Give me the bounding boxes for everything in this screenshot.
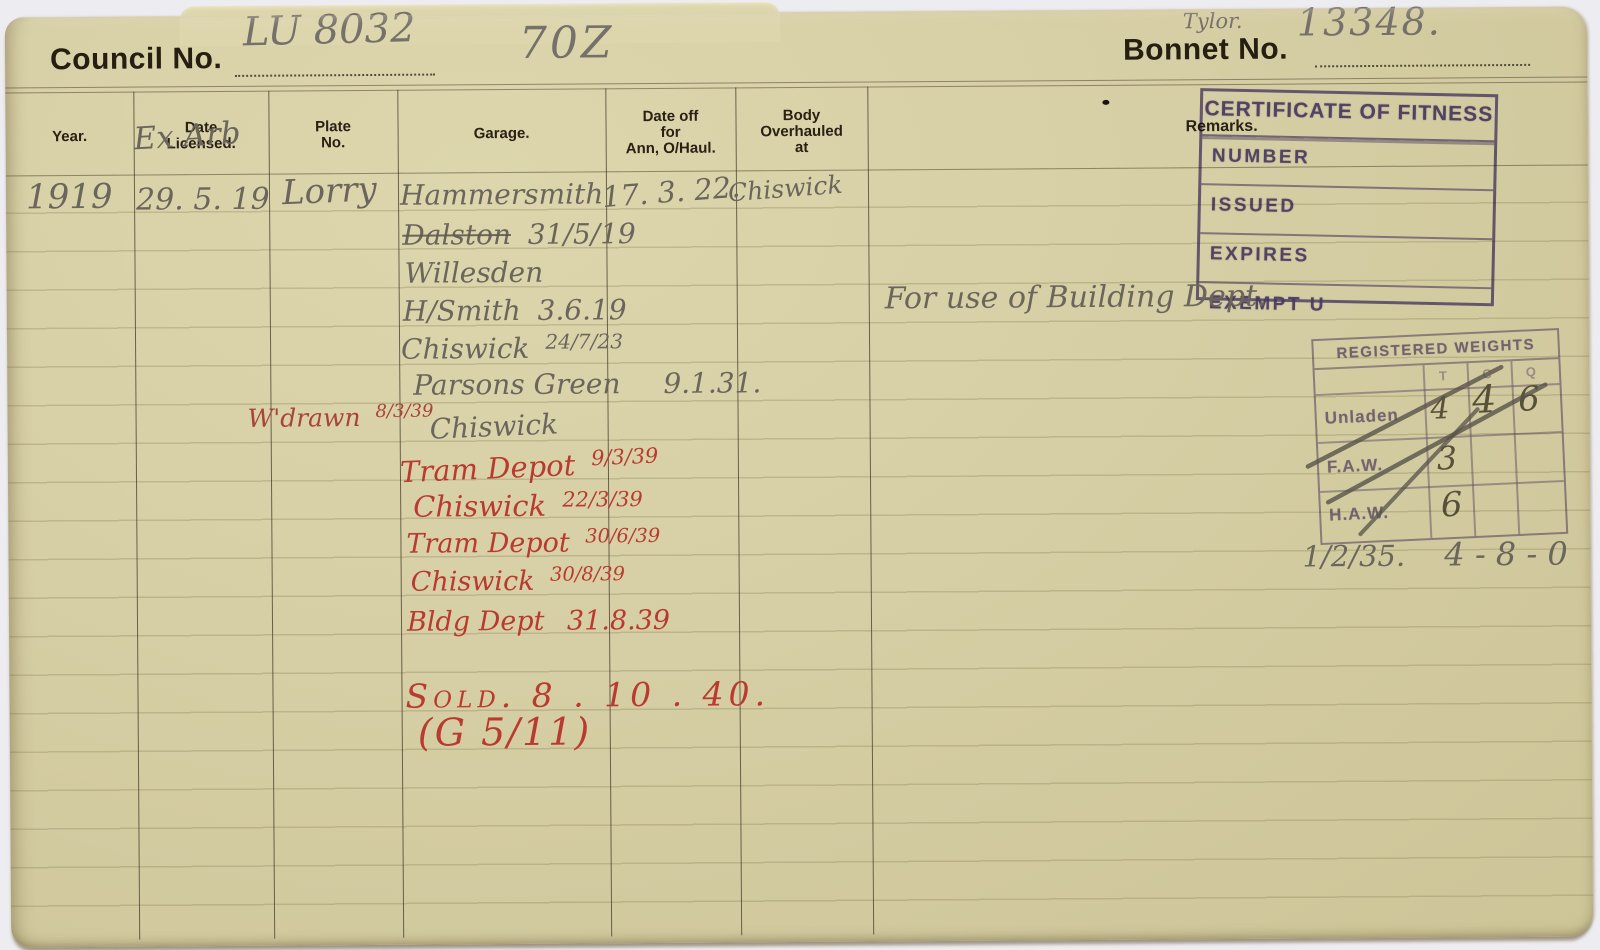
record-card: Council No. LU 8032 70Z Bonnet No. Tylor… (5, 6, 1593, 947)
column-header-date-off-line2: for (606, 124, 736, 141)
column-header-plate-no: Plate No. (268, 119, 397, 152)
plate-no-value: Lorry (281, 169, 377, 213)
withdrawn-label: W'drawn (247, 403, 360, 433)
later-move-date: 30/6/39 (585, 524, 660, 548)
later-move-date: 31.8.39 (567, 605, 670, 637)
weights-col-head-qtr: Q (1511, 363, 1552, 380)
column-header-plate-line2: No. (269, 135, 398, 152)
weights-note-date: 1/2/35. (1302, 539, 1405, 574)
column-header-garage: Garage. (398, 125, 606, 142)
date-licensed-value: 29. 5. 19 (136, 182, 270, 218)
scan-background: { "page": { "council_label": "Council No… (0, 0, 1600, 950)
later-move-name: Chiswick (411, 566, 535, 598)
later-move: Chiswick 30/8/39 (411, 565, 626, 597)
withdrawn-entry: W'drawn 8/3/39 (247, 403, 433, 433)
garage-move-date: 24/7/23 (545, 329, 623, 354)
garage-move: Dalston 31/5/19 (402, 217, 636, 252)
later-move-name: Tram Depot (406, 528, 569, 560)
garage-move-date: 31/5/19 (528, 217, 636, 251)
column-header-year: Year. (6, 129, 134, 146)
later-move: Bldg Dept 31.8.39 (407, 605, 670, 638)
column-header-date-off: Date off for Ann, O/Haul. (605, 108, 735, 157)
weights-value-unladen-t: 4 (1430, 391, 1451, 427)
garage-move: Parsons Green 9.1.31. (413, 366, 761, 401)
column-header-date-off-line3: Ann, O/Haul. (606, 140, 736, 157)
weights-row-label-faw: F.A.W. (1327, 455, 1384, 478)
garage-move-date: 3.6.19 (537, 293, 626, 327)
column-header-body-line1: Body (735, 108, 867, 125)
year-value: 1919 (26, 177, 113, 218)
garage-move-name: Parsons Green (413, 367, 620, 401)
bonnet-note: Tylor. (1183, 9, 1243, 33)
weights-col-head-tons: T (1423, 367, 1464, 384)
weights-value-unladen-q: 6 (1517, 379, 1540, 420)
column-header-body-overhauled: Body Overhauled at (735, 108, 867, 157)
weights-value-unladen-c: 4 (1471, 377, 1497, 422)
later-move-name: Chiswick (413, 489, 546, 524)
garage-move: Chiswick 24/7/23 (401, 331, 623, 366)
column-header-body-line2: Overhauled (736, 124, 868, 141)
weights-note-value: 4 - 8 - 0 (1444, 535, 1568, 574)
later-move: Tram Depot 30/6/39 (406, 527, 660, 560)
later-move-date: 30/8/39 (550, 562, 625, 586)
later-move-date: 9/3/39 (591, 443, 659, 470)
building-dept-note: For use of Building Dept. (885, 279, 1267, 317)
ink-speck (1102, 100, 1109, 105)
column-header-date-off-line1: Date off (605, 108, 735, 125)
garage-move: Willesden (404, 256, 543, 290)
certificate-of-fitness-stamp: CERTIFICATE OF FITNESS NUMBER ISSUED EXP… (1196, 88, 1498, 306)
weights-pencil-note: 1/2/35. 4 - 8 - 0 (1302, 535, 1567, 575)
ex-note: Ex Arb (133, 115, 242, 157)
fleet-no-value: 70Z (519, 17, 615, 69)
weights-row-label-unladen: Unladen (1324, 405, 1399, 428)
council-no-value: LU 8032 (242, 5, 416, 55)
later-move-name: Bldg Dept (407, 606, 545, 638)
withdrawn-garage: Chiswick (429, 407, 559, 445)
garage-move-name: Dalston (402, 218, 511, 252)
garage-move: H/Smith 3.6.19 (403, 293, 627, 328)
later-move: Chiswick 22/3/39 (413, 488, 643, 524)
garage-move-name: Hammersmith (400, 177, 604, 211)
council-no-label: Council No. (50, 42, 222, 77)
bonnet-dotted-line (1315, 63, 1530, 68)
bonnet-no-value: 13348. (1297, 0, 1442, 45)
fitness-stamp-title: CERTIFICATE OF FITNESS (1202, 91, 1495, 142)
garage-move-name: Chiswick (401, 332, 530, 366)
weights-value-haw-t: 6 (1440, 485, 1463, 526)
later-move-date: 22/3/39 (562, 487, 643, 512)
garage-move-date: 9.1.31. (663, 366, 761, 400)
garage-move: Hammersmith (400, 177, 604, 211)
registered-weights-stamp: REGISTERED WEIGHTS T C Q Unladen F.A.W. … (1311, 328, 1568, 545)
fitness-stamp-row-number: NUMBER (1201, 136, 1494, 191)
bonnet-no-label: Bonnet No. (1123, 33, 1288, 68)
weights-value-faw-t: 3 (1436, 439, 1458, 478)
council-dotted-line (235, 73, 435, 77)
weights-row-label-haw: H.A.W. (1329, 503, 1390, 526)
column-header-body-line3: at (736, 140, 868, 157)
sold-ref: (G 5/11) (418, 709, 592, 754)
withdrawn-date: 8/3/39 (375, 401, 433, 422)
column-header-plate-line1: Plate (268, 119, 397, 136)
garage-move-name: Willesden (404, 256, 543, 290)
garage-move-name: H/Smith (403, 294, 521, 328)
fitness-stamp-row-issued: ISSUED (1200, 185, 1493, 240)
